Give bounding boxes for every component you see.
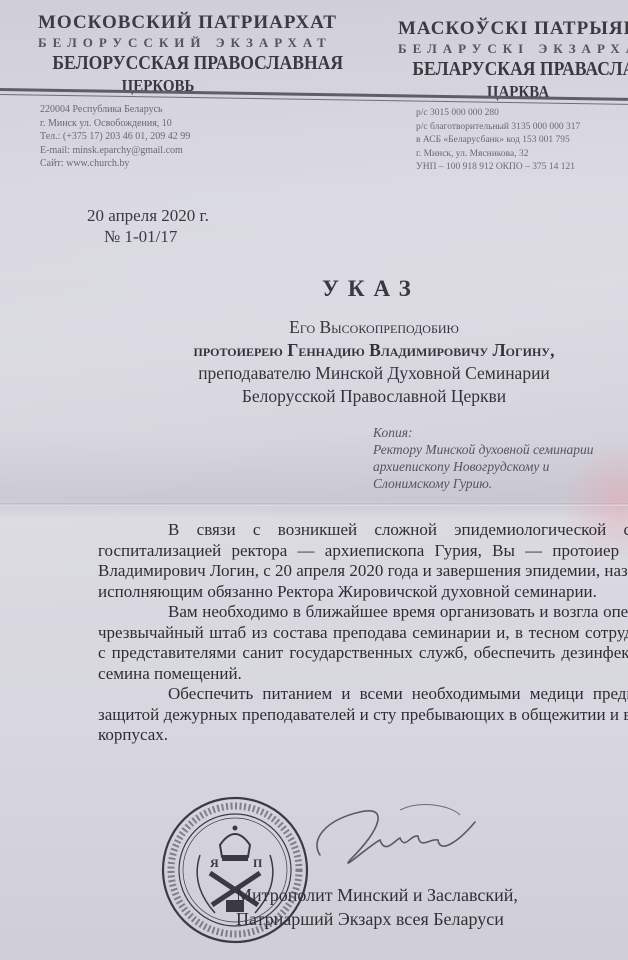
contact-line: г. Минск ул. Освобождения, 10 — [40, 117, 190, 131]
letterhead-right-line2: БЕЛАРУСКІ ЭКЗАРХАТ — [398, 41, 628, 57]
copy-line: архиепископу Новогрудскому и — [373, 458, 594, 475]
bank-line: г. Минск, ул. Мясникова, 32 — [416, 148, 580, 162]
bank-line: в АСБ «Беларусбанк» код 153 001 795 — [416, 134, 580, 148]
letterhead-left-line1: МОСКОВСКИЙ ПАТРИАРХАТ — [38, 12, 278, 34]
body-text: В связи с возникшей сложной эпидемиологи… — [98, 520, 628, 746]
letterhead-right-line1: МАСКОЎСКІ ПАТРЫЯРХАТ — [398, 18, 628, 40]
bank-line: р/с 3015 000 000 280 — [416, 107, 580, 121]
contact-line: E-mail: minsk.eparchy@gmail.com — [40, 144, 190, 158]
document-number: № 1-01/17 — [104, 226, 177, 247]
signatory-office: Патриарший Экзарх всея Беларуси — [236, 907, 518, 931]
paper-fold-crease — [0, 503, 628, 506]
letterhead-left-line3: БЕЛОРУССКАЯ ПРАВОСЛАВНАЯ — [52, 52, 263, 75]
document-date: 20 апреля 2020 г. — [87, 205, 209, 226]
stamp-letter-right: П — [253, 856, 263, 870]
signatory-block: Митрополит Минский и Заславский, Патриар… — [236, 883, 518, 931]
handwritten-signature — [300, 800, 490, 880]
contacts-left: 220004 Республика Беларусь г. Минск ул. … — [40, 103, 190, 171]
letterhead-left-line2: БЕЛОРУССКИЙ ЭКЗАРХАТ — [38, 35, 278, 51]
bank-line: УНП – 100 918 912 ОКПО – 375 14 121 — [416, 161, 580, 175]
signatory-title: Митрополит Минский и Заславский, — [236, 883, 518, 907]
copy-line: Слонимскому Гурию. — [373, 475, 594, 492]
letterhead-right-line3: БЕЛАРУСКАЯ ПРАВАСЛАЎНАЯ — [412, 58, 623, 81]
addressee-name: протоиерею Геннадию Владимировичу Логину… — [120, 339, 628, 362]
document-title: УКАЗ — [322, 276, 420, 302]
addressee-block: Его Высокопреподобию протоиерею Геннадию… — [120, 316, 628, 408]
addressee-position: преподавателю Минской Духовной Семинарии — [120, 362, 628, 385]
bank-line: р/с благотворительный 3135 000 000 317 — [416, 121, 580, 135]
body-paragraph-1: В связи с возникшей сложной эпидемиологи… — [98, 520, 628, 602]
letterhead-right: МАСКОЎСКІ ПАТРЫЯРХАТ БЕЛАРУСКІ ЭКЗАРХАТ … — [398, 18, 628, 102]
copy-label: Копия: — [373, 424, 594, 441]
contact-line: Тел.: (+375 17) 203 46 01, 209 42 99 — [40, 130, 190, 144]
body-paragraph-3: Обеспечить питанием и всеми необходимыми… — [98, 684, 628, 746]
letterhead-left: МОСКОВСКИЙ ПАТРИАРХАТ БЕЛОРУССКИЙ ЭКЗАРХ… — [38, 12, 278, 96]
contact-line: 220004 Республика Беларусь — [40, 103, 190, 117]
contact-line: Сайт: www.church.by — [40, 157, 190, 171]
body-paragraph-2: Вам необходимо в ближайшее время организ… — [98, 602, 628, 684]
stamp-letter-left: Я — [210, 856, 219, 870]
copy-block: Копия: Ректору Минской духовной семинари… — [373, 424, 594, 492]
addressee-honorific: Его Высокопреподобию — [120, 316, 628, 339]
addressee-organization: Белорусской Православной Церкви — [120, 385, 628, 408]
copy-line: Ректору Минской духовной семинарии — [373, 441, 594, 458]
contacts-right: р/с 3015 000 000 280 р/с благотворительн… — [416, 107, 580, 175]
